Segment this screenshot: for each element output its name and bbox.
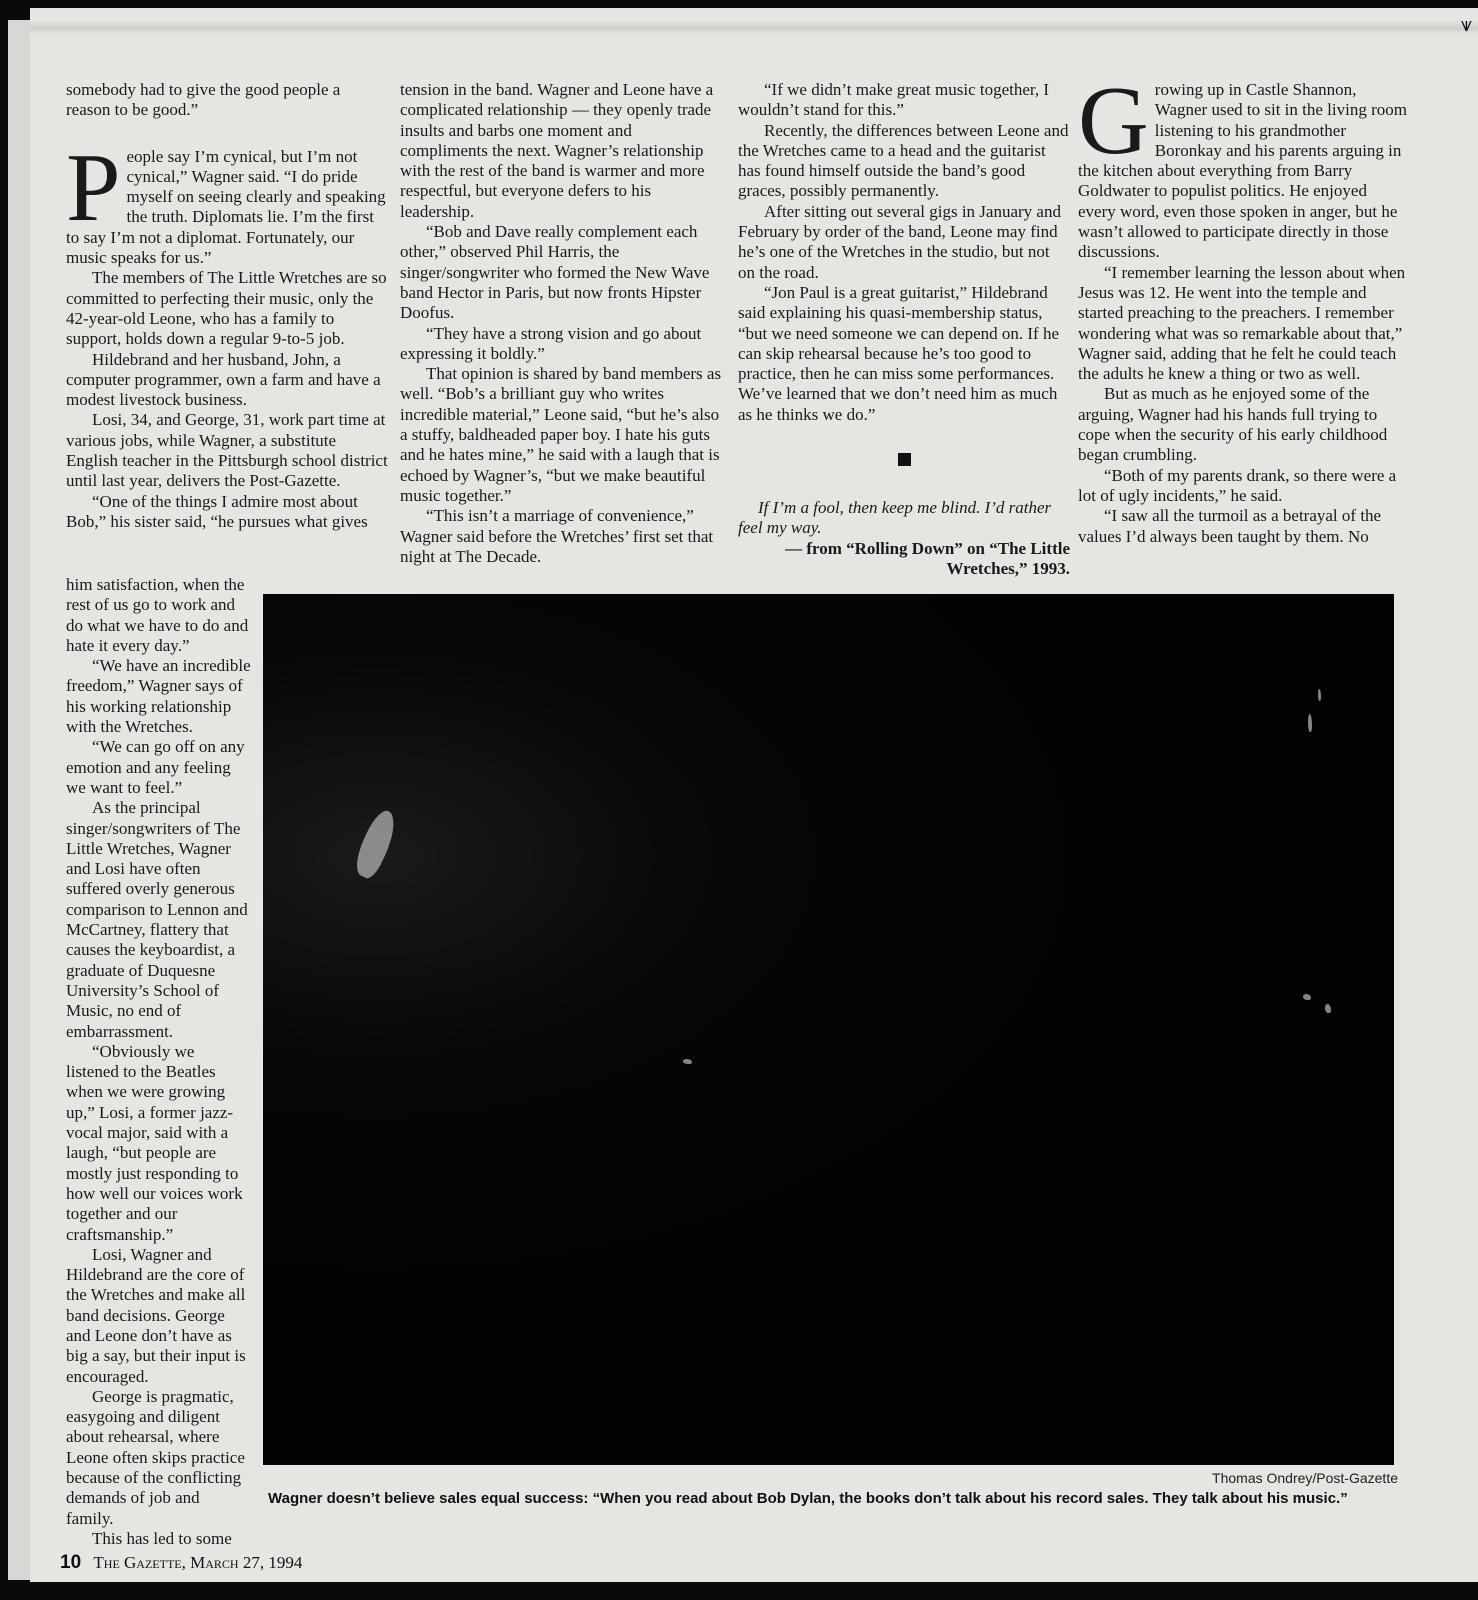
photo-highlight: [1303, 994, 1311, 1000]
photo-credit: Thomas Ondrey/Post-Gazette: [1212, 1470, 1398, 1486]
publication-dateline: The Gazette, March 27, 1994: [93, 1553, 302, 1572]
song-lyric-epigraph: If I’m a fool, then keep me blind. I’d r…: [738, 498, 1070, 539]
paragraph: “One of the things I admire most about B…: [66, 492, 388, 533]
photo-caption: Wagner doesn’t believe sales equal succe…: [268, 1490, 1398, 1507]
photo-highlight: [1308, 714, 1312, 732]
paragraph: him satisfaction, when the rest of us go…: [66, 575, 251, 656]
photo-highlight: [349, 807, 402, 881]
photo-highlight: [1325, 1004, 1331, 1013]
paragraph: That opinion is shared by band members a…: [400, 364, 722, 506]
paragraph: “If we didn’t make great music together,…: [738, 80, 1070, 121]
page-footer: 10 The Gazette, March 27, 1994: [60, 1552, 302, 1574]
paragraph: “We have an incredible freedom,” Wagner …: [66, 656, 251, 737]
paragraph: “Jon Paul is a great guitarist,” Hildebr…: [738, 283, 1070, 425]
paragraph: “We can go off on any emotion and any fe…: [66, 737, 251, 798]
paragraph: “Both of my parents drank, so there were…: [1078, 466, 1408, 507]
article-column-1: somebody had to give the good people a r…: [66, 80, 388, 532]
paragraph-dropcap: Growing up in Castle Shannon, Wagner use…: [1078, 80, 1408, 263]
paragraph: “Bob and Dave really complement each oth…: [400, 222, 722, 323]
photo-highlight: [683, 1059, 692, 1064]
article-column-1-narrow: him satisfaction, when the rest of us go…: [66, 575, 251, 1549]
article-column-3: “If we didn’t make great music together,…: [738, 80, 1070, 579]
paragraph: After sitting out several gigs in Januar…: [738, 202, 1070, 283]
paragraph: Losi, Wagner and Hildebrand are the core…: [66, 1245, 251, 1387]
lyric-attribution: — from “Rolling Down” on “The Little Wre…: [738, 539, 1070, 580]
paragraph: “I saw all the turmoil as a betrayal of …: [1078, 506, 1408, 547]
article-column-2: tension in the band. Wagner and Leone ha…: [400, 80, 722, 567]
paragraph: But as much as he enjoyed some of the ar…: [1078, 384, 1408, 465]
paragraph: “This isn’t a marriage of convenience,” …: [400, 506, 722, 567]
dropcap-letter: G: [1078, 82, 1149, 160]
dropcap-letter: P: [66, 149, 121, 227]
page-number: 10: [60, 1552, 81, 1573]
paragraph: As the principal singer/songwriters of T…: [66, 798, 251, 1042]
paragraph: George is pragmatic, easygoing and dilig…: [66, 1387, 251, 1529]
paragraph: “They have a strong vision and go about …: [400, 324, 722, 365]
paragraph: The members of The Little Wretches are s…: [66, 268, 388, 349]
paragraph: somebody had to give the good people a r…: [66, 80, 388, 121]
paragraph: “Obviously we listened to the Beatles wh…: [66, 1042, 251, 1245]
page-fold-shadow: [30, 20, 1478, 34]
paragraph: Recently, the differences between Leone …: [738, 121, 1070, 202]
corner-registration-mark-icon: ⩛: [1461, 14, 1472, 37]
paragraph: This has led to some: [66, 1529, 251, 1549]
paragraph: Hildebrand and her husband, John, a comp…: [66, 350, 388, 411]
paragraph: “I remember learning the lesson about wh…: [1078, 263, 1408, 385]
article-column-4: Growing up in Castle Shannon, Wagner use…: [1078, 80, 1408, 547]
news-photo: [263, 594, 1394, 1465]
paragraph-dropcap: People say I’m cynical, but I’m not cyni…: [66, 147, 388, 269]
section-end-square-icon: [898, 453, 911, 466]
photo-highlight: [1318, 689, 1321, 701]
paragraph: tension in the band. Wagner and Leone ha…: [400, 80, 722, 222]
paragraph: Losi, 34, and George, 31, work part time…: [66, 410, 388, 491]
